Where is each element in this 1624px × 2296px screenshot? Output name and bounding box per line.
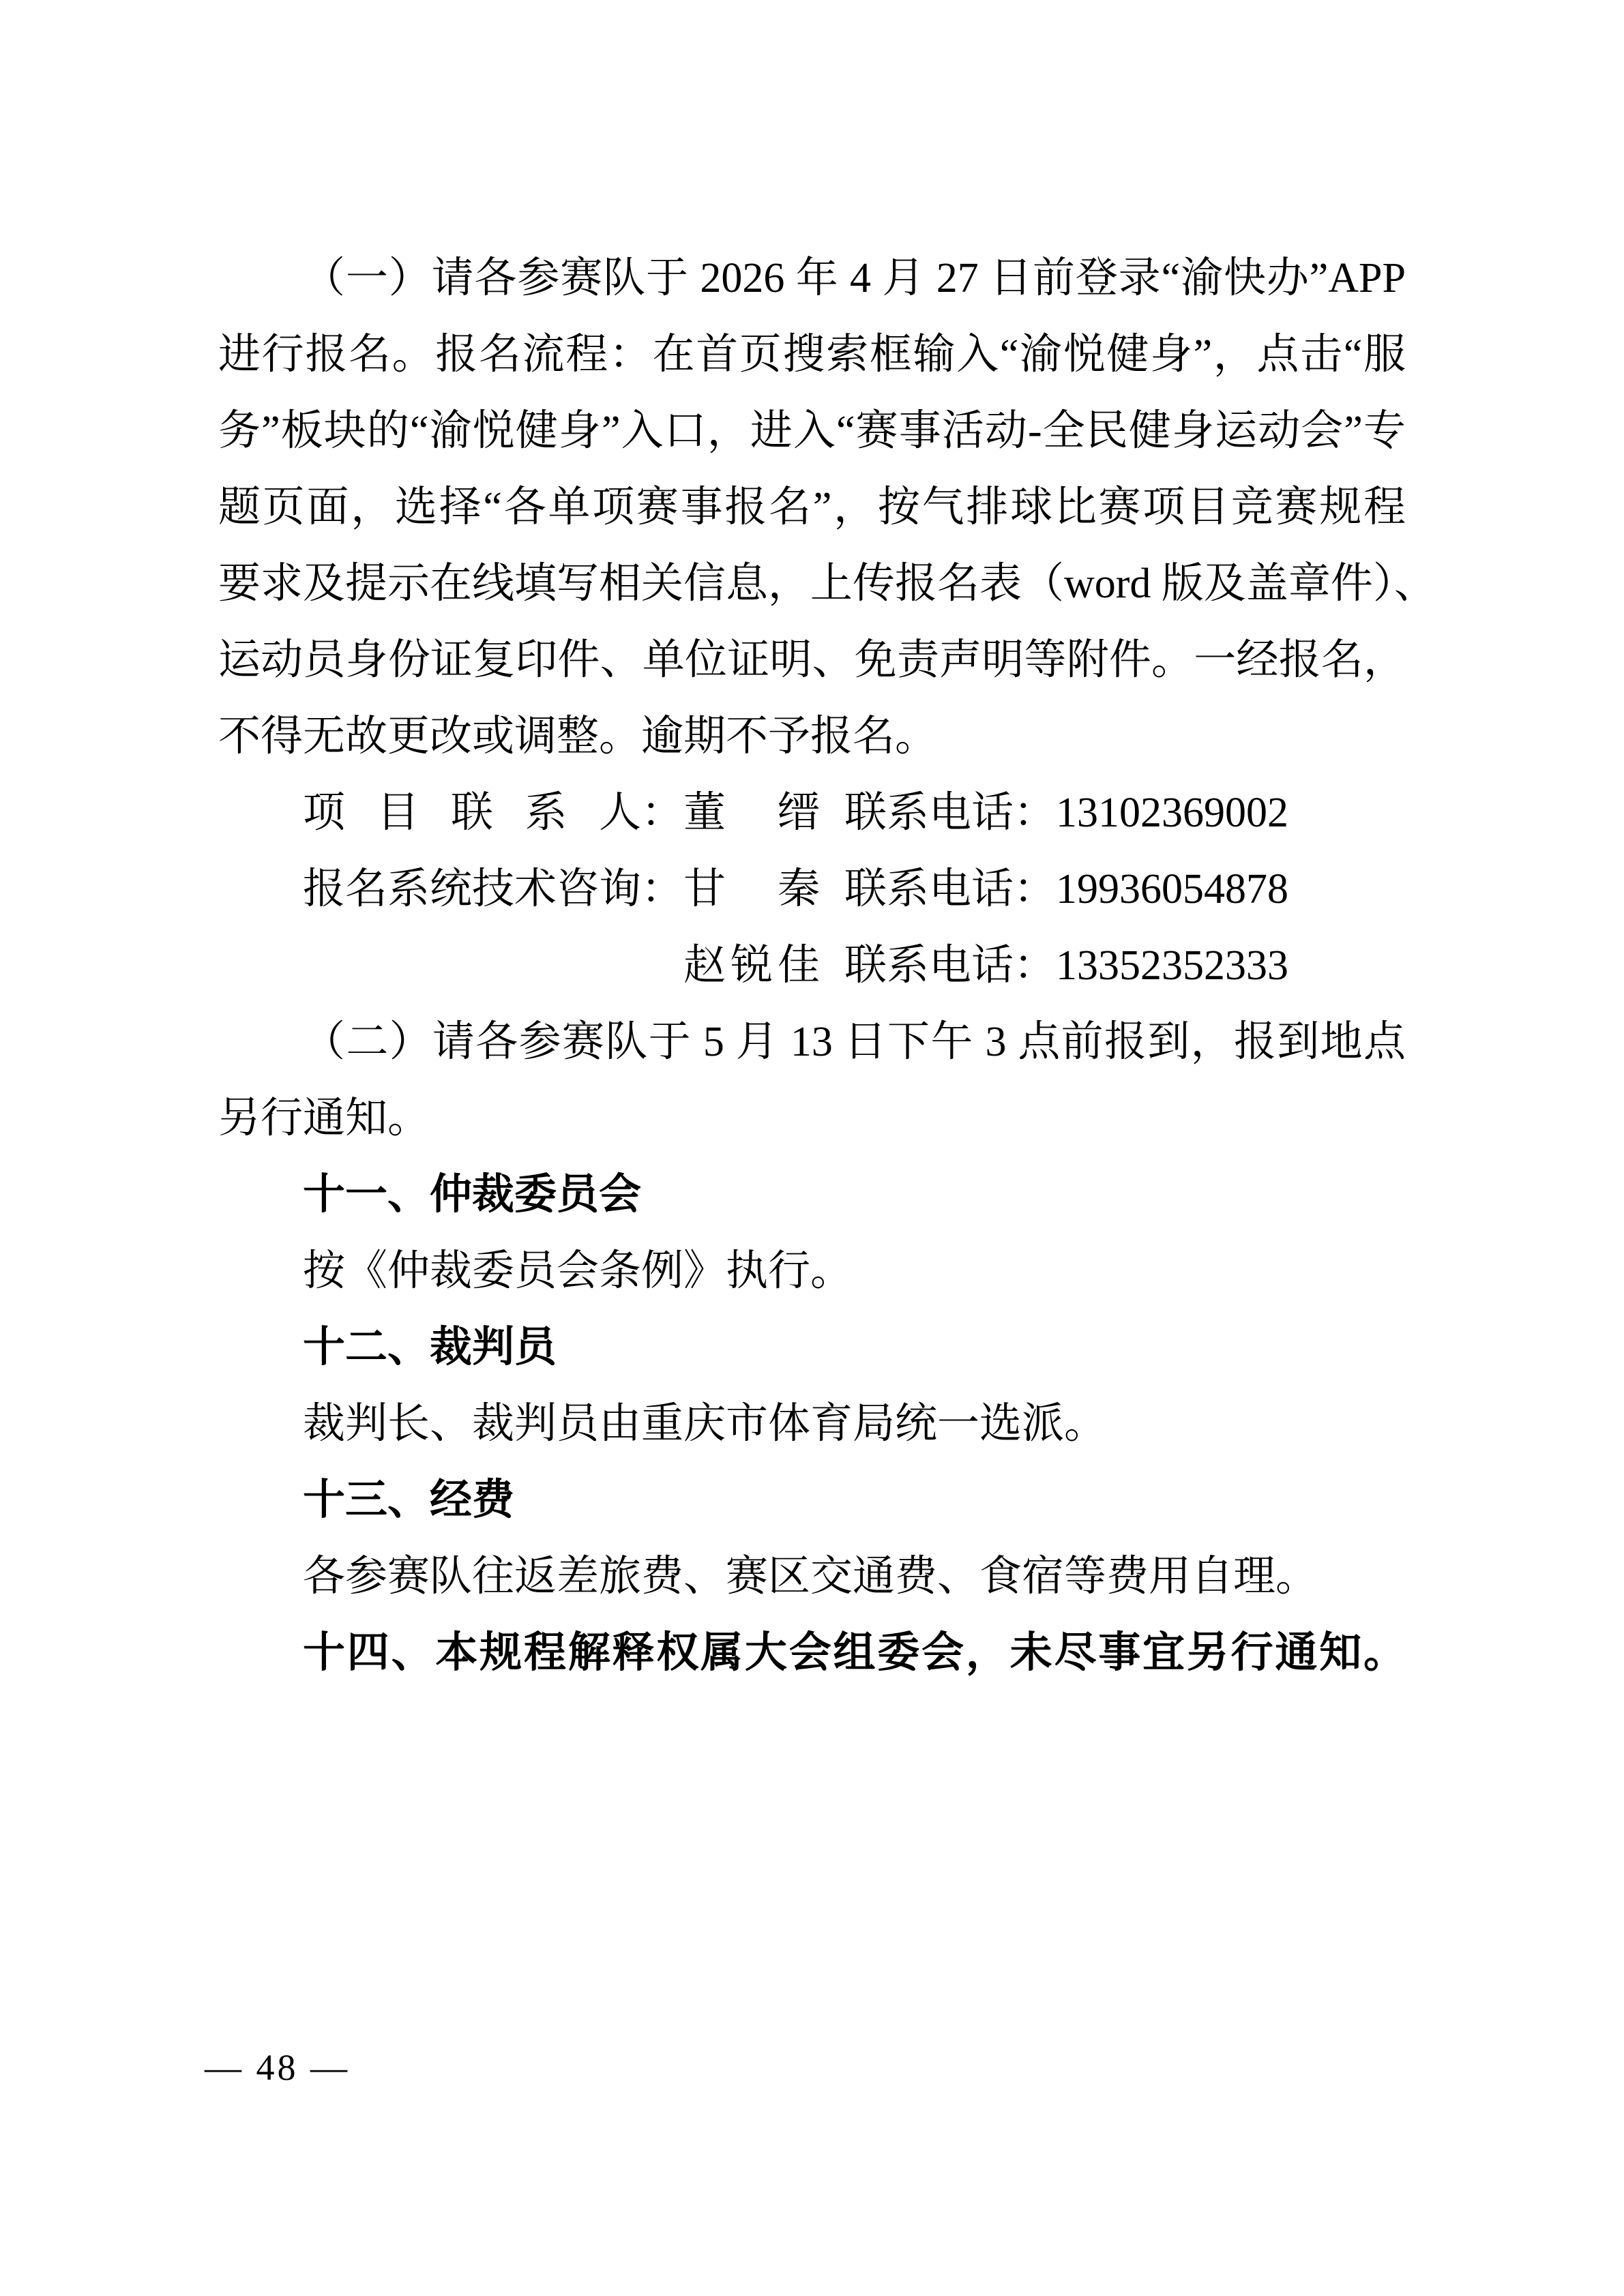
contact-row: 赵锐佳联系电话：13352352333 <box>218 927 1406 1004</box>
contact-label-colon: ： <box>641 775 683 851</box>
paragraph-line: 裁判长、裁判员由重庆市体育局统一选派。 <box>218 1386 1406 1462</box>
contact-label-colon: ： <box>641 851 683 927</box>
contact-phone-number: 13352352333 <box>1056 942 1288 989</box>
contact-label: 报名系统技术咨询 <box>303 851 641 927</box>
paragraph-line: 另行通知。 <box>218 1080 1406 1157</box>
contact-phone-number: 13102369002 <box>1056 790 1288 836</box>
contact-phone-number: 19936054878 <box>1056 866 1288 912</box>
paragraph-line: 运动员身份证复印件、单位证明、免责声明等附件。一经报名， <box>218 622 1406 698</box>
contact-phone-label: 联系电话： <box>844 790 1056 836</box>
contact-name: 赵锐佳 <box>683 927 820 1004</box>
paragraph-line: 题页面，选择“各单项赛事报名”，按气排球比赛项目竞赛规程 <box>218 469 1406 546</box>
contact-name: 董缙 <box>683 775 820 851</box>
contact-phone-label: 联系电话： <box>844 942 1056 989</box>
document-body: （一）请各参赛队于 2026 年 4 月 27 日前登录“渝快办”APP 进行报… <box>218 240 1406 1691</box>
contact-phone-label: 联系电话： <box>844 866 1056 912</box>
section-heading: 十二、裁判员 <box>218 1309 1406 1386</box>
paragraph-line: 按《仲裁委员会条例》执行。 <box>218 1233 1406 1309</box>
contact-row: 报名系统技术咨询：甘秦联系电话：19936054878 <box>218 851 1406 927</box>
contact-label: 项目联系人 <box>303 775 641 851</box>
contact-row: 项目联系人：董缙联系电话：13102369002 <box>218 775 1406 851</box>
paragraph-line: （二）请各参赛队于 5 月 13 日下午 3 点前报到，报到地点 <box>218 1004 1406 1080</box>
section-heading: 十四、本规程解释权属大会组委会，未尽事宜另行通知。 <box>218 1615 1406 1691</box>
section-heading: 十三、经费 <box>218 1462 1406 1538</box>
document-page: { "doc": { "lines": [ "（一）请各参赛队于 2026 年 … <box>0 0 1624 2296</box>
page-number: — 48 — <box>205 2047 350 2088</box>
paragraph-line: 要求及提示在线填写相关信息，上传报名表（word 版及盖章件）、 <box>218 546 1406 622</box>
paragraph-line: 不得无故更改或调整。逾期不予报名。 <box>218 698 1406 775</box>
paragraph-line: 务”板块的“渝悦健身”入口，进入“赛事活动-全民健身运动会”专 <box>218 393 1406 469</box>
paragraph-line: 进行报名。报名流程：在首页搜索框输入“渝悦健身”，点击“服 <box>218 316 1406 393</box>
paragraph-line: （一）请各参赛队于 2026 年 4 月 27 日前登录“渝快办”APP <box>218 240 1406 316</box>
contact-name: 甘秦 <box>683 851 820 927</box>
paragraph-line: 各参赛队往返差旅费、赛区交通费、食宿等费用自理。 <box>218 1538 1406 1615</box>
section-heading: 十一、仲裁委员会 <box>218 1157 1406 1233</box>
